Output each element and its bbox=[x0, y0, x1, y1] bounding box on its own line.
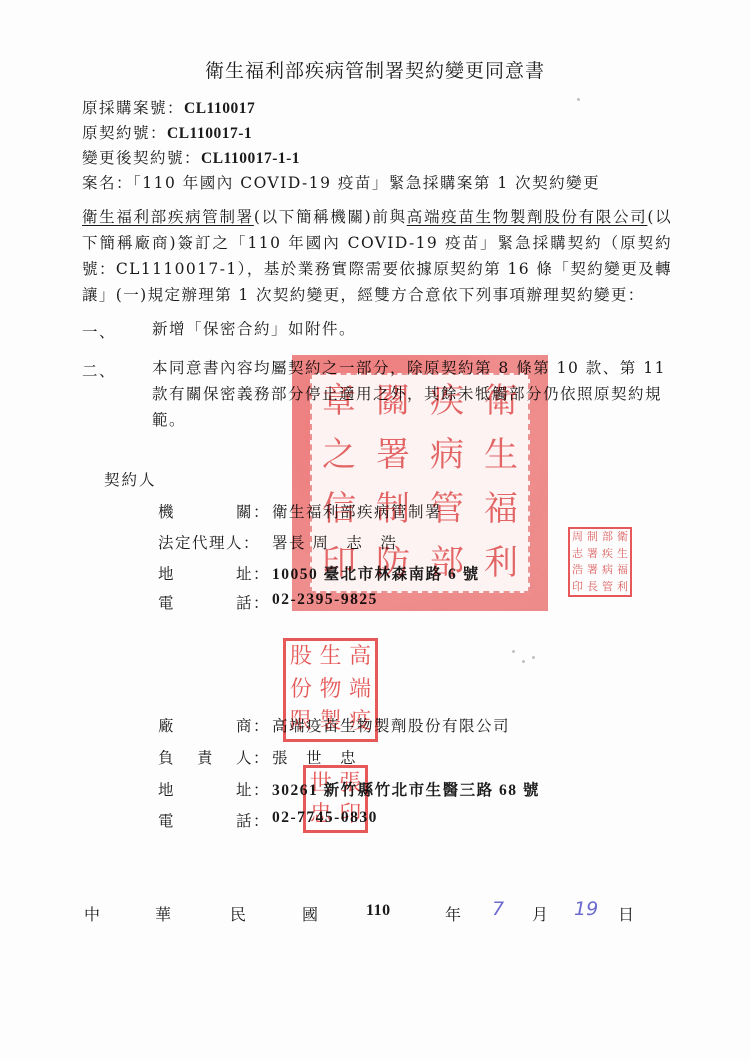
seal-glyph: 疫 bbox=[345, 706, 375, 739]
date-month-handwritten: 7 bbox=[492, 898, 504, 920]
seal-glyph: 關 bbox=[366, 375, 420, 429]
seal-glyph: 部 bbox=[600, 529, 615, 546]
agency-address-label: 地址： bbox=[158, 562, 270, 584]
vendor-address-label: 地址： bbox=[158, 778, 270, 800]
seal-glyph: 防 bbox=[366, 537, 420, 591]
seal-glyph: 管 bbox=[600, 579, 615, 596]
document-title: 衛生福利部疾病管制署契約變更同意書 bbox=[0, 56, 750, 83]
seal-glyph: 署 bbox=[366, 429, 420, 483]
original-procurement-no: 原採購案號：CL110017 bbox=[82, 96, 255, 118]
agency-official-seal: 章 關 疾 衛 之 署 病 生 信 制 管 福 印 防 部 利 bbox=[292, 355, 548, 611]
label-char: 廠 bbox=[158, 714, 175, 736]
seal-glyph: 福 bbox=[474, 483, 528, 537]
item-2-number: 二、 bbox=[82, 359, 116, 381]
seal-glyph: 世 bbox=[306, 768, 336, 799]
seal-glyph: 長 bbox=[585, 579, 600, 596]
label-char: 關： bbox=[236, 500, 270, 522]
seal-glyph: 署 bbox=[585, 546, 600, 563]
seal-glyph: 張 bbox=[336, 768, 366, 799]
seal-glyph: 病 bbox=[600, 562, 615, 579]
field-label: 原採購案號： bbox=[82, 99, 184, 117]
scan-speck bbox=[512, 650, 515, 653]
label-char: 話： bbox=[236, 809, 270, 831]
seal-glyph: 忠 bbox=[306, 799, 336, 830]
document-page: 衛生福利部疾病管制署契約變更同意書 原採購案號：CL110017 原契約號：CL… bbox=[0, 0, 750, 1060]
vendor-name: 高端疫苗生物製劑股份有限公司 bbox=[407, 208, 648, 226]
field-label: 原契約號： bbox=[82, 124, 167, 142]
vendor-representative-seal: 世 張 忠 印 bbox=[303, 765, 368, 833]
seal-glyph: 利 bbox=[474, 537, 528, 591]
field-value: CL110017 bbox=[184, 100, 255, 117]
field-label: 案名： bbox=[82, 174, 133, 192]
vendor-phone-label: 電話： bbox=[158, 809, 270, 831]
seal-glyph: 物 bbox=[316, 674, 346, 707]
field-value: CL110017-1 bbox=[167, 125, 252, 142]
agency-seal-glyphs: 章 關 疾 衛 之 署 病 生 信 制 管 福 印 防 部 利 bbox=[310, 373, 530, 593]
vendor-company-seal: 股 生 高 份 物 端 限 製 疫 bbox=[283, 638, 378, 742]
seal-glyph: 端 bbox=[345, 674, 375, 707]
label-char: 電 bbox=[158, 591, 175, 613]
label-char: 地 bbox=[158, 778, 175, 800]
item-1-number: 一、 bbox=[82, 320, 116, 342]
seal-glyph: 信 bbox=[312, 483, 366, 537]
seal-glyph: 生 bbox=[615, 546, 630, 563]
label-char: 人： bbox=[236, 746, 270, 768]
seal-glyph: 限 bbox=[286, 706, 316, 739]
agency-label: 機關： bbox=[158, 500, 270, 522]
seal-glyph: 印 bbox=[312, 537, 366, 591]
vendor-label: 廠商： bbox=[158, 714, 270, 736]
agency-phone-label: 電話： bbox=[158, 591, 270, 613]
scan-speck bbox=[577, 98, 580, 101]
original-contract-no: 原契約號：CL110017-1 bbox=[82, 121, 252, 143]
seal-glyph: 製 bbox=[316, 706, 346, 739]
seal-glyph: 衛 bbox=[615, 529, 630, 546]
seal-glyph: 制 bbox=[585, 529, 600, 546]
label-char: 法定代理人： bbox=[158, 531, 260, 553]
intro-paragraph: 衛生福利部疾病管制署(以下簡稱機關)前與高端疫苗生物製劑股份有限公司(以下簡稱廠… bbox=[82, 204, 672, 308]
seal-glyph: 疾 bbox=[600, 546, 615, 563]
item-1-text: 新增「保密合約」如附件。 bbox=[152, 316, 672, 342]
seal-glyph: 股 bbox=[286, 641, 316, 674]
scan-speck bbox=[532, 656, 535, 659]
label-char: 電 bbox=[158, 809, 175, 831]
field-label: 變更後契約號： bbox=[82, 149, 201, 167]
label-char: 商： bbox=[236, 714, 270, 736]
seal-glyph: 制 bbox=[366, 483, 420, 537]
label-char: 機 bbox=[158, 500, 175, 522]
seal-glyph: 生 bbox=[316, 641, 346, 674]
intro-text-1: (以下簡稱機關)前與 bbox=[254, 208, 407, 226]
date-char-2: 華 bbox=[155, 902, 171, 925]
date-year: 110 bbox=[366, 902, 391, 920]
agency-director-seal: 周 制 部 衛 志 署 疾 生 浩 署 病 福 印 長 管 利 bbox=[568, 527, 632, 597]
date-char-4: 國 bbox=[302, 902, 318, 925]
date-month-label: 月 bbox=[532, 902, 548, 925]
label-char: 負 bbox=[158, 746, 175, 768]
case-name: 案名：「110 年國內 COVID-19 疫苗」緊急採購案第 1 次契約變更 bbox=[82, 171, 600, 193]
seal-glyph: 印 bbox=[336, 799, 366, 830]
date-char-1: 中 bbox=[84, 902, 100, 925]
date-day-handwritten: 19 bbox=[574, 898, 598, 920]
label-char: 地 bbox=[158, 562, 175, 584]
field-value: 「110 年國內 COVID-19 疫苗」緊急採購案第 1 次契約變更 bbox=[133, 174, 600, 192]
label-char: 址： bbox=[236, 562, 270, 584]
field-value: CL110017-1-1 bbox=[201, 150, 300, 167]
seal-glyph: 生 bbox=[474, 429, 528, 483]
vendor-rep-label: 負責人： bbox=[158, 746, 270, 768]
seal-glyph: 病 bbox=[420, 429, 474, 483]
seal-glyph: 志 bbox=[570, 546, 585, 563]
seal-glyph: 高 bbox=[345, 641, 375, 674]
seal-glyph: 部 bbox=[420, 537, 474, 591]
label-char: 話： bbox=[236, 591, 270, 613]
seal-glyph: 印 bbox=[570, 579, 585, 596]
agency-name: 衛生福利部疾病管制署 bbox=[82, 208, 254, 226]
seal-glyph: 署 bbox=[585, 562, 600, 579]
seal-glyph: 浩 bbox=[570, 562, 585, 579]
seal-glyph: 之 bbox=[312, 429, 366, 483]
date-year-label: 年 bbox=[445, 902, 461, 925]
seal-glyph: 管 bbox=[420, 483, 474, 537]
seal-glyph: 福 bbox=[615, 562, 630, 579]
seal-glyph: 周 bbox=[570, 529, 585, 546]
scan-speck bbox=[522, 660, 525, 663]
seal-glyph: 疾 bbox=[420, 375, 474, 429]
seal-glyph: 利 bbox=[615, 579, 630, 596]
seal-glyph: 衛 bbox=[474, 375, 528, 429]
label-char: 責 bbox=[197, 746, 214, 768]
seal-glyph: 份 bbox=[286, 674, 316, 707]
date-day-label: 日 bbox=[618, 902, 634, 925]
label-char: 址： bbox=[236, 778, 270, 800]
party-label: 契約人 bbox=[104, 468, 157, 490]
amended-contract-no: 變更後契約號：CL110017-1-1 bbox=[82, 146, 300, 168]
date-char-3: 民 bbox=[230, 902, 246, 925]
legal-rep-label: 法定代理人： bbox=[158, 531, 270, 553]
seal-glyph: 章 bbox=[312, 375, 366, 429]
